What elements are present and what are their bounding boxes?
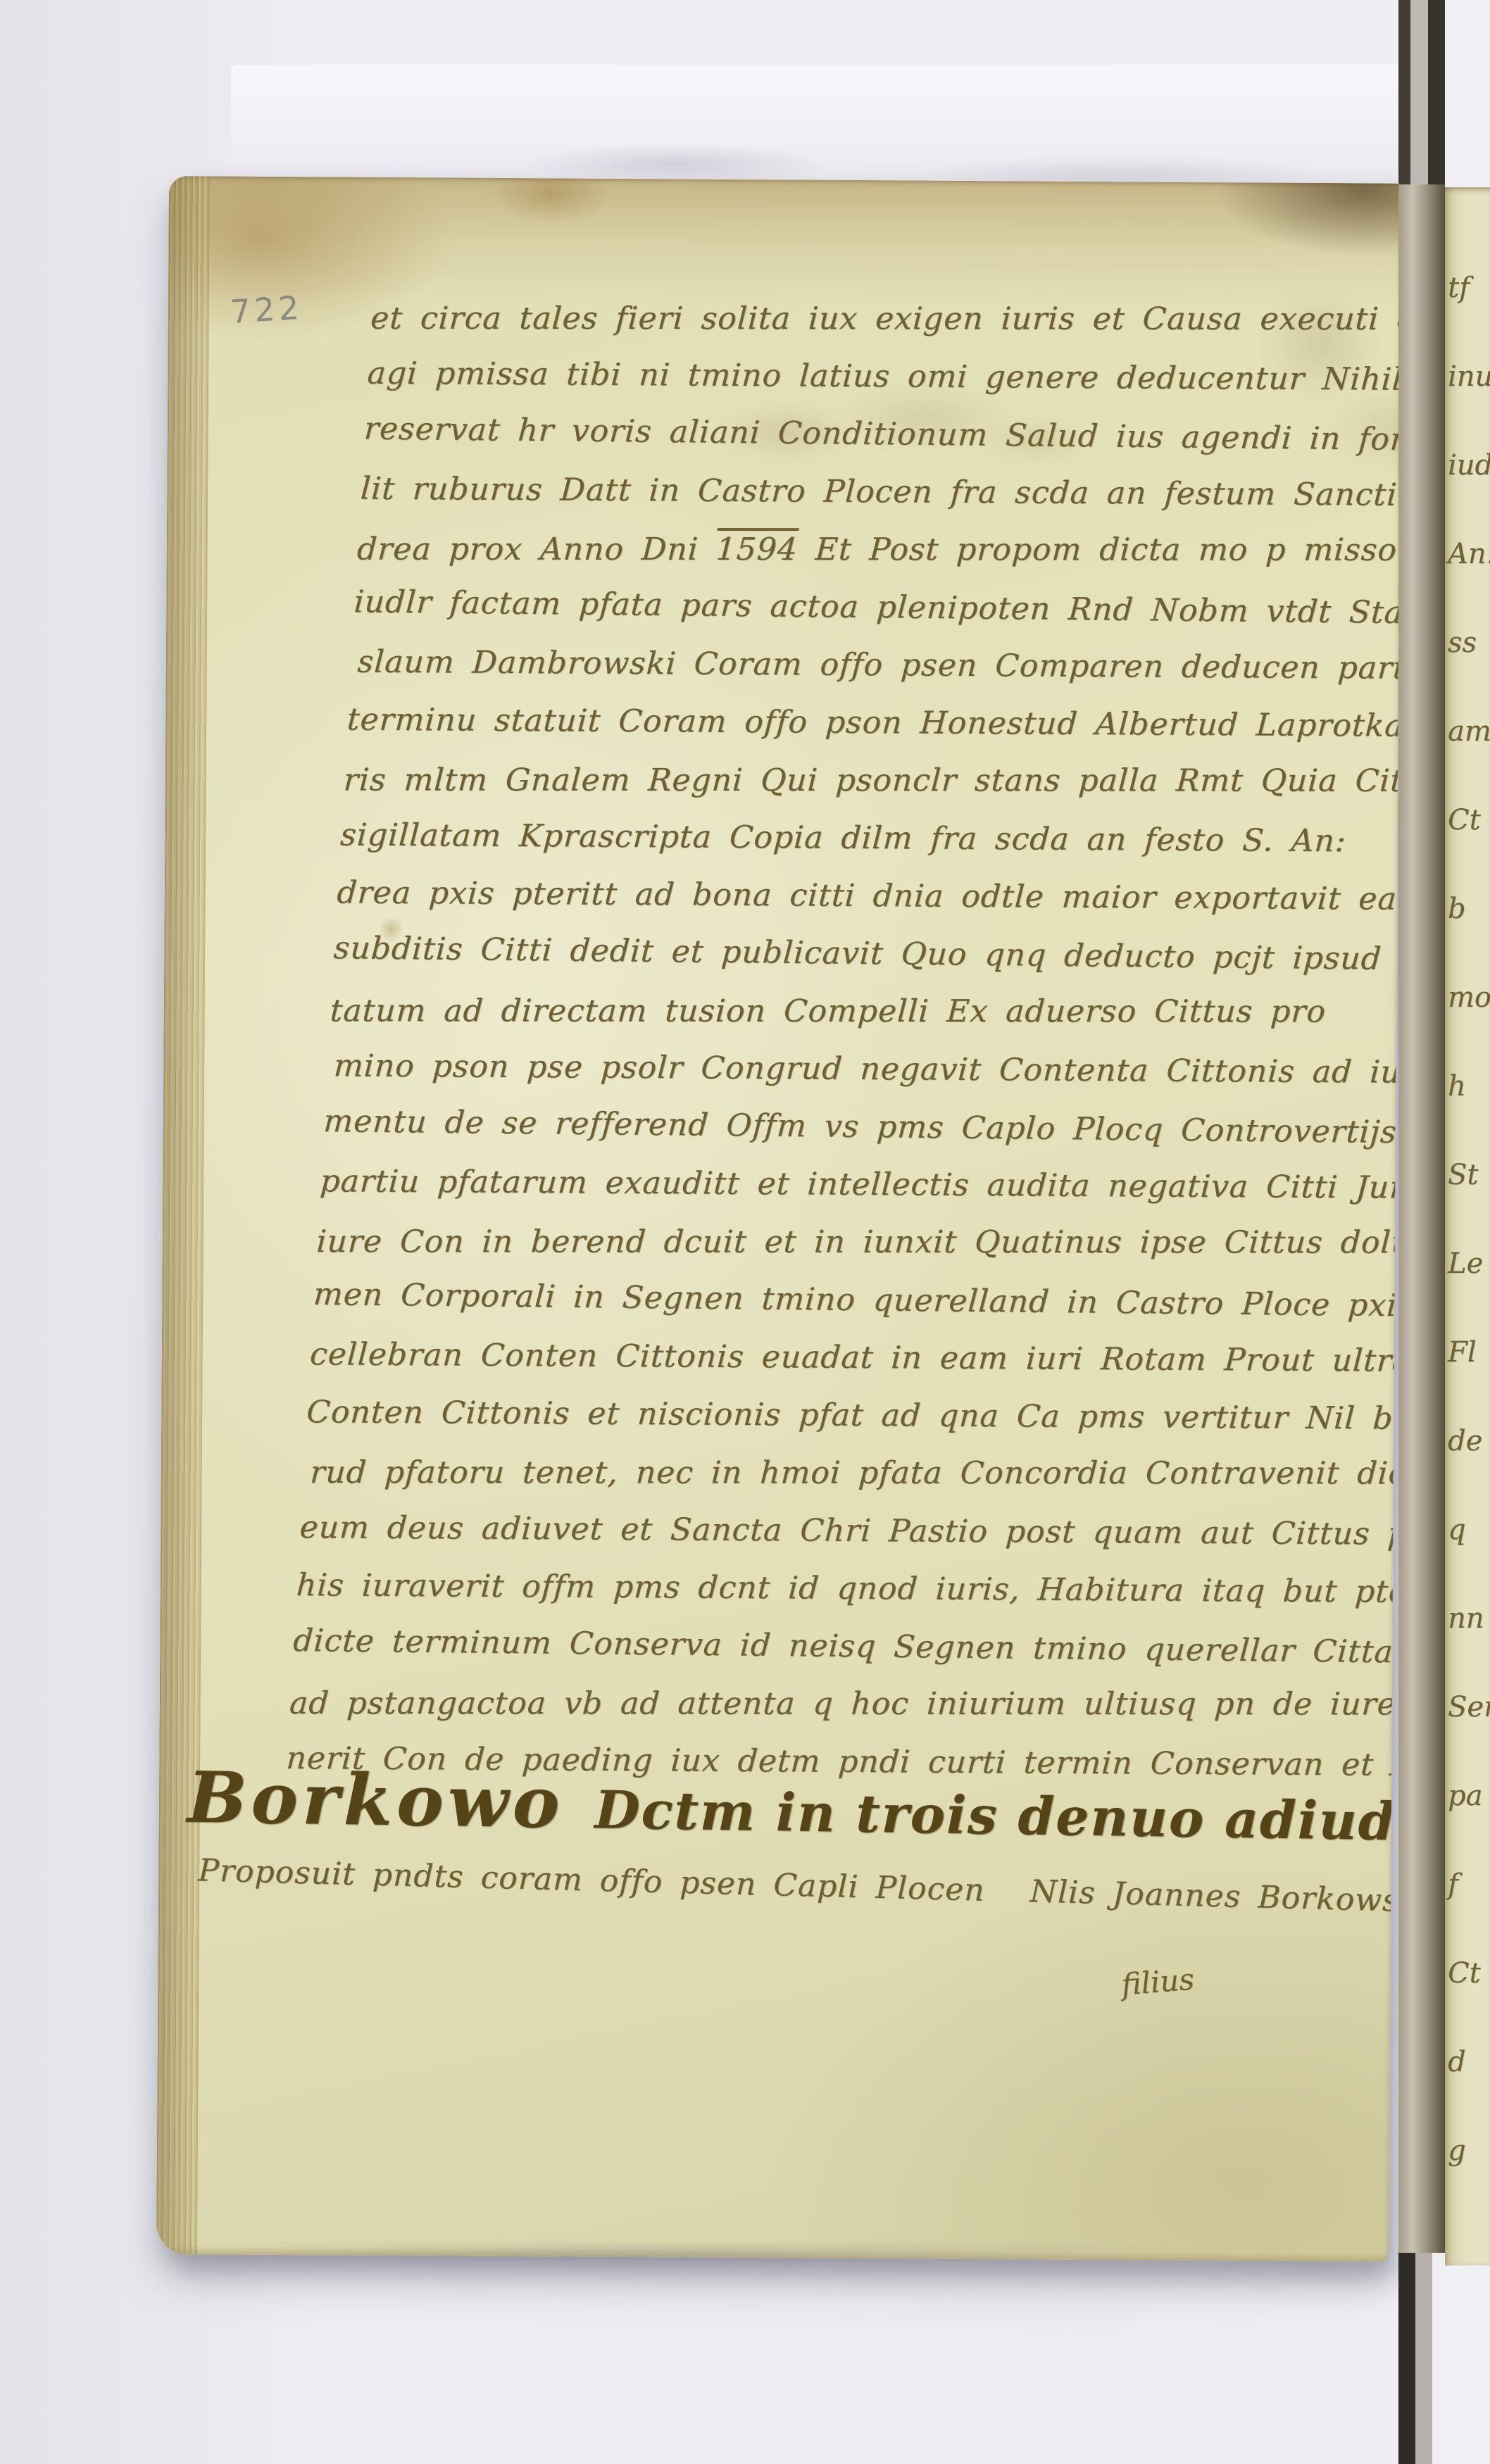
manuscript-line: Conten Cittonis et niscionis pfat ad qna… (305, 1383, 1365, 1447)
page-stack-fore-edge (156, 176, 210, 2254)
manuscript-line: men Corporali in Segnen tmino querelland… (312, 1266, 1372, 1335)
heading-decree-text: Dctm in trois denuo adiudicate (594, 1780, 1401, 1854)
manuscript-line: agi pmissa tibi ni tmino latius omi gene… (365, 345, 1401, 409)
line-post: Et Post propom dicta mo p misso (796, 532, 1398, 568)
edge-fragment: Ct (1448, 804, 1481, 836)
edge-fragment: Ct (1448, 1957, 1481, 1990)
edge-fragment: d (1448, 2046, 1466, 2078)
manuscript-line: cellebran Conten Cittonis euadat in eam … (308, 1326, 1368, 1390)
manuscript-line: lit ruburus Datt in Castro Plocen fra sc… (359, 460, 1401, 524)
manuscript-line: his iuraverit offm pms dcnt id qnod iuri… (295, 1557, 1355, 1621)
edge-fragment: tf (1448, 272, 1470, 304)
edge-fragment: Fl (1448, 1336, 1477, 1369)
edge-fragment: An. (1448, 538, 1490, 570)
proposuit-party-name: Nlis Joannes Borkowsky (1029, 1873, 1401, 1920)
edge-fragment: f (1448, 1868, 1458, 1901)
manuscript-line: tatum ad directam tusion Compelli Ex adu… (329, 982, 1389, 1041)
edge-fragment: h (1448, 1070, 1466, 1102)
manuscript-line: slaum Dambrowski Coram offo psen Compare… (356, 634, 1401, 698)
year-1594: 1594 (715, 528, 799, 567)
entry-heading: BorkowoDctm in trois denuo adiudicate (187, 1756, 1401, 1859)
manuscript-line: eum deus adiuvet et Sancta Chri Pastio p… (298, 1499, 1358, 1563)
manuscript-line: mino pson pse psolr Congrud negavit Cont… (332, 1037, 1385, 1101)
edge-fragment: iudk (1448, 449, 1490, 482)
manuscript-line-with-year: drea prox Anno Dni 1594 Et Post propom d… (356, 521, 1401, 579)
book-drop-shadow (176, 2247, 1472, 2296)
proposuit-line: Proposuit pndts coram offo psen Capli Pl… (198, 1852, 1401, 1919)
manuscript-page: 722 et circa tales fieri solita iux exig… (156, 176, 1401, 2262)
manuscript-line: partiu pfatarum exauditt et intellectis … (318, 1152, 1378, 1217)
manuscript-line: ris mltm Gnalem Regni Qui psonclr stans … (342, 751, 1401, 810)
edge-fragment: ss (1448, 627, 1477, 659)
protective-sheet (231, 65, 1400, 189)
manuscript-line: sigillatam Kprascripta Copia dilm fra sc… (339, 807, 1398, 871)
filius-note: filius (1120, 1962, 1196, 2002)
binding-rod-top (1398, 0, 1445, 184)
binding-rod (1398, 0, 1445, 2464)
proposuit-left: Proposuit pndts coram offo psen Capli Pl… (198, 1852, 985, 1908)
line-pre: drea prox Anno Dni (356, 532, 717, 567)
edge-fragment: de (1448, 1425, 1482, 1457)
heading-place-name: Borkowo (187, 1756, 564, 1844)
manuscript-line: dicte terminum Conserva id neisq Segnen … (292, 1612, 1351, 1681)
next-page-sliver: tf inus iudk An. ss am Ct b mo h St Le F… (1445, 187, 1490, 2265)
edge-fragment: nn (1448, 1602, 1484, 1635)
edge-fragment: b (1448, 893, 1466, 925)
folio-number: 722 (229, 289, 303, 331)
manuscript-line: drea pxis pteritt ad bona citti dnia odt… (335, 864, 1395, 928)
edge-fragment: Ser (1448, 1691, 1490, 1723)
manuscript-line: subditis Citti dedit et publicavit Quo q… (332, 919, 1391, 988)
edge-fragment: Le (1448, 1247, 1483, 1280)
page-gutter-edge (1398, 184, 1445, 2253)
edge-fragment: mo (1448, 981, 1490, 1014)
edge-fragment: inus (1448, 360, 1490, 393)
manuscript-line: ad pstangactoa vb ad attenta q hoc iniur… (288, 1675, 1348, 1733)
edge-fragment: pa (1448, 1780, 1482, 1812)
manuscript-line: mentu de se refferend Offm vs pms Caplo … (322, 1093, 1382, 1162)
manuscript-line: rud pfatoru tenet, nec in hmoi pfata Con… (308, 1444, 1361, 1502)
edge-fragment: q (1448, 1514, 1466, 1546)
manuscript-line: iudlr factam pfata pars actoa plenipoten… (352, 573, 1401, 642)
edge-fragment: am (1448, 715, 1490, 748)
manuscript-line: terminu statuit Coram offo pson Honestud… (346, 691, 1401, 755)
edge-fragment: g (1448, 2135, 1466, 2167)
edge-fragment: St (1448, 1159, 1478, 1191)
manuscript-line: iure Con in berend dcuit et in iunxit Qu… (315, 1213, 1375, 1271)
manuscript-text-block: et circa tales fieri solita iux exigen i… (284, 287, 1401, 1794)
manuscript-line: reservat hr voris aliani Conditionum Sal… (363, 400, 1401, 469)
manuscript-line: et circa tales fieri solita iux exigen i… (369, 290, 1401, 348)
